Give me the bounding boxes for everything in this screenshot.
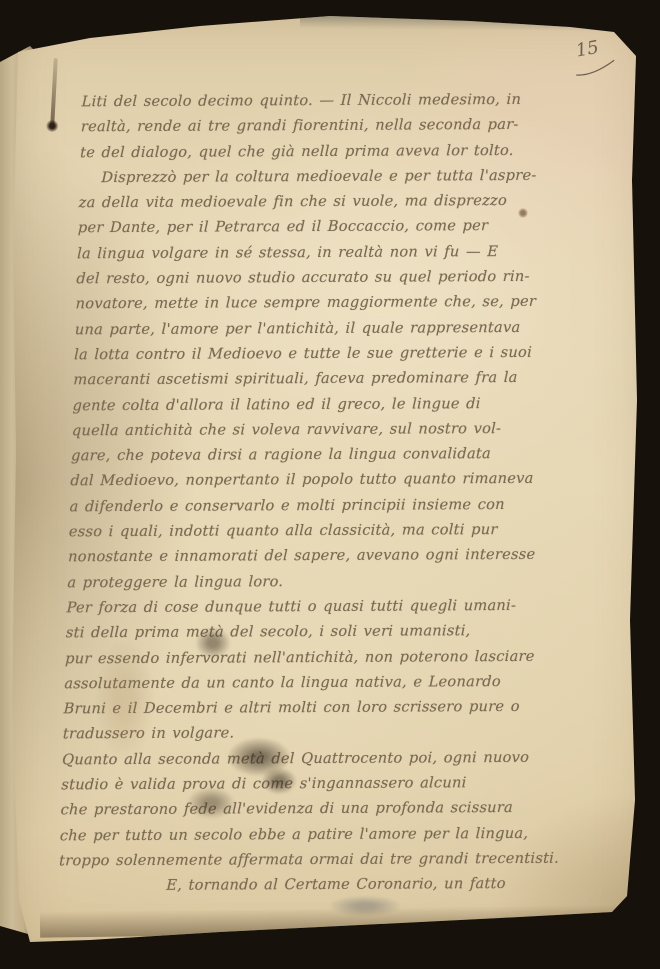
- photographed-book-scan: 15 Liti del secolo decimo quinto. — Il N…: [0, 0, 660, 969]
- handwritten-line: gare, che poteva dirsi a ragione la ling…: [71, 441, 558, 469]
- handwritten-line: a proteggere la lingua loro.: [67, 567, 554, 595]
- handwritten-line: Bruni e il Decembri e altri molti con lo…: [63, 694, 550, 722]
- handwritten-line: Quanto alla seconda metà del Quattrocent…: [62, 744, 549, 772]
- handwritten-line: novatore, mette in luce sempre maggiorme…: [75, 289, 562, 317]
- handwritten-line: E, tornando al Certame Coronario, un fat…: [58, 871, 545, 899]
- handwritten-line: Liti del secolo decimo quinto. — Il Nicc…: [81, 87, 568, 115]
- handwritten-line: la lingua volgare in sé stessa, in realt…: [77, 238, 564, 266]
- handwritten-line: Disprezzò per la coltura medioevale e pe…: [79, 163, 566, 191]
- handwritten-line: realtà, rende ai tre grandi fiorentini, …: [81, 112, 568, 140]
- handwritten-line: assolutamente da un canto la lingua nati…: [64, 669, 551, 697]
- handwritten-line: che prestarono fede all'evidenza di una …: [60, 795, 547, 823]
- handwritten-line: a difenderlo e conservarlo e molti princ…: [69, 491, 556, 519]
- handwritten-line: pur essendo infervorati nell'antichità, …: [65, 643, 552, 671]
- handwritten-line: dal Medioevo, nonpertanto il popolo tutt…: [70, 466, 557, 494]
- handwritten-line: maceranti ascetismi spirituali, faceva p…: [73, 365, 560, 393]
- handwritten-line: za della vita medioevale fin che si vuol…: [78, 188, 565, 216]
- page-number: 15: [574, 32, 634, 88]
- handwritten-line: studio è valida prova di come s'ingannas…: [61, 770, 548, 798]
- handwritten-line: Per forza di cose dunque tutti o quasi t…: [66, 593, 553, 621]
- handwritten-line: tradussero in volgare.: [62, 719, 549, 747]
- handwritten-line: gente colta d'allora il latino ed il gre…: [72, 390, 559, 418]
- handwritten-line: del resto, ogni nuovo studio accurato su…: [76, 264, 563, 292]
- manuscript-page: 15 Liti del secolo decimo quinto. — Il N…: [0, 0, 660, 969]
- handwritten-line: esso i quali, indotti quanto alla classi…: [69, 517, 556, 545]
- handwritten-line: una parte, l'amore per l'antichità, il q…: [75, 314, 562, 342]
- handwritten-line: la lotta contro il Medioevo e tutte le s…: [74, 340, 561, 368]
- handwritten-line: quella antichità che si voleva ravvivare…: [72, 416, 559, 444]
- handwritten-line: che per tutto un secolo ebbe a patire l'…: [59, 820, 546, 848]
- handwritten-line: troppo solennemente affermata ormai dai …: [59, 846, 546, 874]
- manuscript-text: Liti del secolo decimo quinto. — Il Nicc…: [58, 87, 568, 899]
- page-number-value: 15: [574, 37, 600, 62]
- pencil-smudge: [330, 896, 400, 916]
- gutter-crease-mark: [50, 58, 58, 126]
- handwritten-line: te del dialogo, quel che già nella prima…: [80, 137, 567, 165]
- handwritten-line: per Dante, per il Petrarca ed il Boccacc…: [78, 213, 565, 241]
- handwritten-line: nonostante e innamorati del sapere, avev…: [68, 542, 555, 570]
- handwritten-line: sti della prima metà del secolo, i soli …: [65, 618, 552, 646]
